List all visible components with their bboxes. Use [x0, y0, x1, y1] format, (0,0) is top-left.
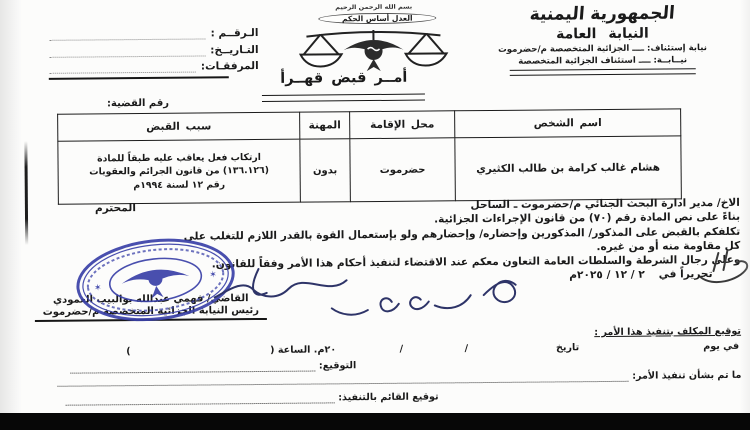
- signature-label: التوقيع:: [319, 360, 357, 371]
- date-slash-1: /: [465, 343, 469, 354]
- executor-signature-heading: توقيع المكلف بتنفيذ هذا الأمر :: [594, 326, 741, 338]
- signature-field: التوقيع:: [66, 360, 356, 374]
- execution-result-label: ما تم بشأن تنفيذ الأمر:: [632, 370, 741, 382]
- prosecution-line-2: نيــابــة: ــــ استئناف الجزائية المتخصص…: [469, 55, 737, 67]
- prosecution-line-1: نيابة إستئناف: ــــ الجزائية المتخصصة م/…: [469, 43, 737, 55]
- col-arrest-reason: سبب القبض: [58, 112, 300, 141]
- suspect-residence: حضرموت: [350, 138, 456, 202]
- exec-date-label: تاريخ: [556, 342, 579, 353]
- date-field: التـاريــخ:: [44, 44, 259, 58]
- ref-number-field: الـرقــم :: [43, 27, 258, 41]
- header-left-rule: [49, 76, 229, 80]
- suspect-table: اسم الشخص محل الإقامة المهنة سبب القبض ه…: [57, 108, 682, 204]
- attachments-blank-line: [50, 61, 196, 74]
- scanned-warrant-document: الـرقــم : التـاريــخ: المرفقـات: رقم ال…: [0, 0, 750, 430]
- arrest-reason-line2: (١٣٦.١٢٦) من قانون الجرائم والعقوبات: [62, 164, 297, 180]
- photo-bottom-black-bar: [0, 413, 750, 430]
- warrant-title-underline: [262, 94, 425, 102]
- col-residence: محل الإقامة: [350, 111, 455, 139]
- signature-blank-line: [70, 361, 315, 374]
- col-person-name: اسم الشخص: [455, 109, 681, 138]
- hour-label: ٢٠م. الساعة (: [270, 344, 336, 356]
- pen-stroke-mark: [24, 141, 27, 245]
- executor-signature-field: توقيع القائم بالتنفيذ:: [62, 391, 439, 405]
- letterhead: الجمهورية اليمنية النيابة العامة نيابة إ…: [468, 3, 737, 76]
- arrest-reason-line3: رقم ١٢ لسنة ١٩٩٤م: [62, 177, 297, 193]
- close-paren: ): [126, 346, 130, 357]
- executor-blank-line: [66, 392, 335, 405]
- arrest-reason: ارتكاب فعل يعاقب عليه طبقاً للمادة (١٣٦.…: [58, 139, 301, 204]
- execution-result-blank-line: [57, 371, 628, 387]
- addressee: الاخ/ مدير ادارة البحث الجنائي م/حضرموت …: [470, 197, 739, 211]
- col-occupation: المهنة: [300, 112, 350, 139]
- honorific: المحترم: [95, 201, 136, 216]
- scales-of-justice-emblem: [294, 23, 452, 72]
- ref-number-label: الـرقــم :: [211, 27, 259, 39]
- attachments-label: المرفقـات:: [201, 60, 259, 73]
- date-label: التـاريــخ:: [210, 44, 258, 56]
- attachments-field: المرفقـات:: [44, 60, 259, 74]
- case-number-label: رقم القضية:: [107, 98, 169, 110]
- issue-date: ٢ / ١٢ / ٢٠٢٥م: [569, 268, 645, 283]
- country-name: الجمهورية اليمنية: [467, 2, 737, 25]
- letterhead-underline: [510, 68, 696, 76]
- written-at-label: تحريراً في: [659, 268, 713, 283]
- warrant-title: أمــر قبض قهــرأ: [259, 70, 429, 87]
- day-label: في يوم: [703, 341, 739, 352]
- suspect-name: هشام غالب كرامة بن طالب الكثيري: [455, 136, 682, 201]
- ref-number-blank-line: [49, 27, 205, 40]
- bismillah-calligraphy: بسم الله الرحمن الرحيم: [301, 3, 446, 12]
- executor-label: توقيع القائم بالتنفيذ:: [338, 391, 439, 403]
- date-slash-2: /: [400, 344, 404, 355]
- stamp-star-right: ✶: [209, 270, 218, 281]
- org-name: النيابة العامة: [468, 25, 736, 43]
- table-row: هشام غالب كرامة بن طالب الكثيري حضرموت ب…: [58, 136, 682, 204]
- suspect-occupation: بدون: [300, 139, 351, 202]
- stamp-star-left: ✶: [94, 283, 103, 294]
- date-blank-line: [50, 44, 206, 57]
